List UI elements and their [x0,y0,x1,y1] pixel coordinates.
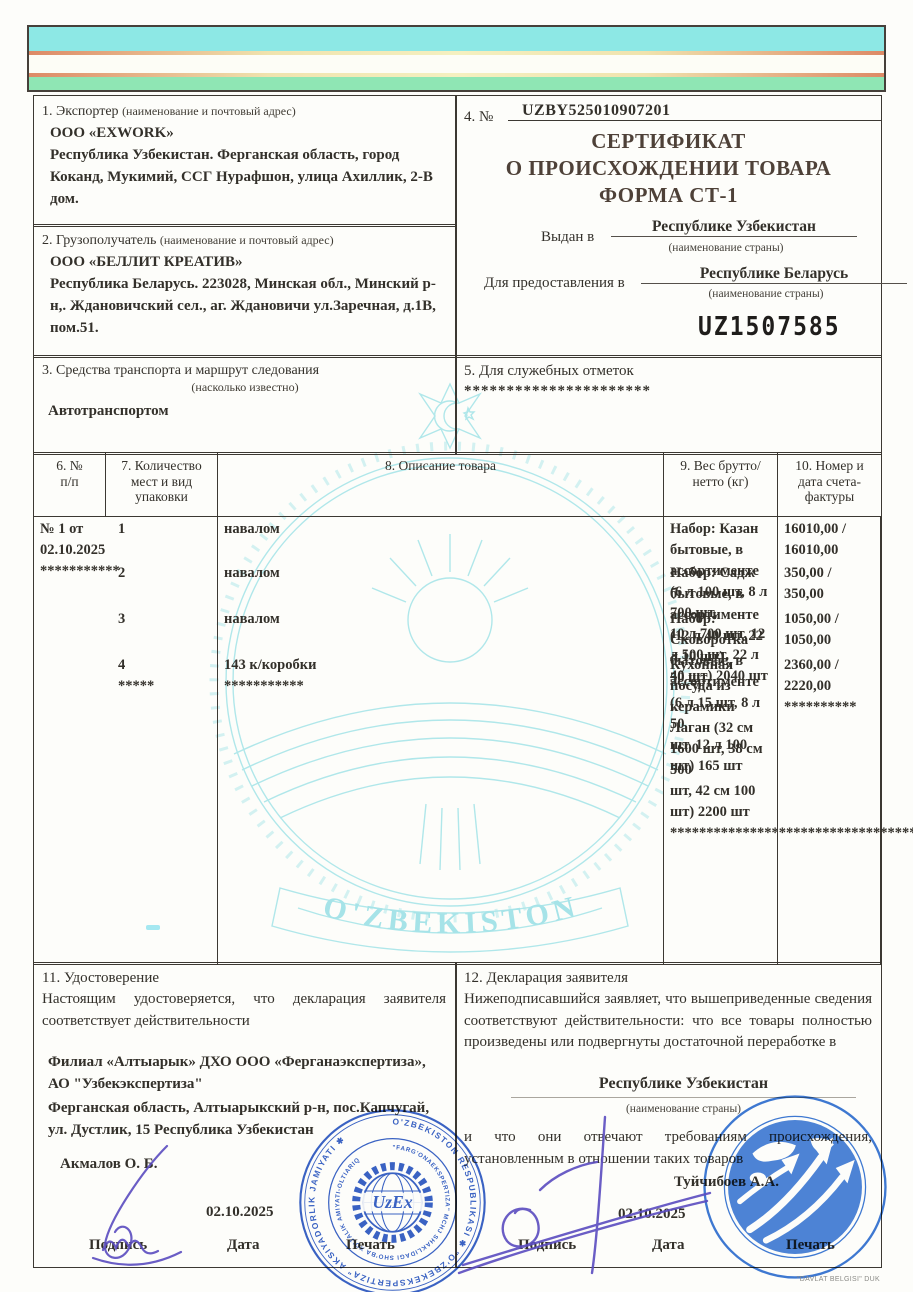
service-marks-value: ********************** [464,380,651,402]
certificate-title: СЕРТИФИКАТ О ПРОИСХОЖДЕНИИ ТОВАРА ФОРМА … [456,128,881,209]
table-header-num: 6. № п/п [34,453,106,517]
service-marks-box: 5. Для служебных отметок ***************… [455,355,882,455]
table-row-weight: 350,00 / 350,00 [778,561,881,607]
consignee-box: 2. Грузополучатель (наименование и почто… [33,224,457,358]
certificate-number-label: 4. № [464,108,493,126]
certificate-title-line1: СЕРТИФИКАТ [456,128,881,155]
table-row-weight: 2360,00 / 2220,00 ********** [778,653,881,731]
table-row-num: 1 [106,517,218,561]
table-row-description: Набор: Сковоротка бытовые, в ассортимент… [664,607,778,653]
certification-title: 11. Удостоверение [42,969,159,987]
table-row-packing: 143 к/коробки *********** [218,653,664,731]
declaration-body: Нижеподписавшийся заявляет, что вышеприв… [464,989,872,1054]
certification-signature [75,1142,210,1272]
scan-artifact [146,925,160,930]
uzex-stamp-center-text: UzEx [372,1192,413,1212]
declaration-signature [455,1115,717,1275]
printer-footnote: "DAVLAT BELGISI" DUK [797,1276,880,1283]
issued-in-label: Выдан в [541,228,594,246]
table-row-weight: 1050,00 / 1050,00 [778,607,881,653]
consignee-name: ООО «БЕЛЛИТ КРЕАТИВ» [50,251,446,273]
certificate-head-box: 4. № UZBY525010907201 СЕРТИФИКАТ О ПРОИС… [455,95,882,358]
exporter-title: 1. Экспортер (наименование и почтовый ад… [42,102,296,121]
certificate-title-line3: ФОРМА СТ-1 [456,182,881,209]
exporter-box: 1. Экспортер (наименование и почтовый ад… [33,95,457,227]
table-header-description: 8. Описание товара [218,453,664,517]
certificate-serial-number: UZ1507585 [698,312,841,341]
svg-text:O'ZBEKISTON RESPUBLIKASI FARG': O'ZBEKISTON RESPUBLIKASI FARG'ONA QO'QON… [700,1092,890,1094]
table-header-packing: 7. Количество мест и вид упаковки [106,453,218,517]
table-filler [664,731,778,964]
transport-title: 3. Средства транспорта и маршрут следова… [42,362,442,380]
certificate-page: O'ZBEKISTON 1. Экспортер (наименование и… [0,0,913,1292]
certificate-title-line2: О ПРОИСХОЖДЕНИИ ТОВАРА [456,155,881,182]
goods-table: 6. № п/п 7. Количество мест и вид упаков… [33,452,882,965]
exporter-address: Республика Узбекистан. Ферганская област… [50,144,450,210]
table-row-num: 2 [106,561,218,607]
flag-white-stripe [29,55,884,73]
exporter-title-text: 1. Экспортер [42,104,119,119]
issued-in-value: Республике Узбекистан [611,218,857,237]
table-filler [778,731,881,964]
consignee-title: 2. Грузополучатель (наименование и почто… [42,231,334,250]
certification-body: Настоящим удостоверяется, что декларация… [42,989,446,1032]
flag-green-stripe [29,77,884,90]
table-row-packing: навалом [218,561,664,607]
certification-date-value: 02.10.2025 [206,1201,274,1223]
exporter-subtitle: (наименование и почтовый адрес) [122,104,296,118]
table-row-num: 4 ***** [106,653,218,731]
transport-value: Автотранспортом [48,400,169,422]
exporter-name: ООО «EXWORK» [50,122,446,144]
service-marks-title: 5. Для служебных отметок [464,362,634,380]
table-row-description: Набор: Казан бытовые, в ассортименте (6 … [664,517,778,561]
consignee-address: Республика Беларусь. 223028, Минская обл… [50,273,450,339]
table-invoice-cell: № 1 от 02.10.2025 *********** [34,517,106,964]
certificate-number: UZBY525010907201 [508,102,882,121]
transport-box: 3. Средства транспорта и маршрут следова… [33,355,457,455]
table-header-invoice: 10. Номер и дата счета- фактуры [778,453,881,517]
table-filler [218,731,664,964]
exwork-stamp-ring-text: O'ZBEKISTON RESPUBLIKASI FARG'ONA QO'QON… [700,1092,890,1094]
issued-in-note: (наименование страны) [611,242,841,254]
date-label: Дата [227,1237,259,1254]
table-row-description: Кухонная посуда из керамики Лаган (32 см… [664,653,778,731]
presented-to-note: (наименование страны) [641,288,891,300]
consignee-title-text: 2. Грузополучатель [42,233,156,248]
certification-org-line1: Филиал «Алтыарык» ДХО ООО «Ферганаэкспер… [48,1051,448,1095]
exwork-round-stamp: O'ZBEKISTON RESPUBLIKASI FARG'ONA QO'QON… [700,1092,890,1282]
table-filler [106,731,218,964]
presented-to-label: Для предоставления в [484,274,625,292]
table-row-num: 3 [106,607,218,653]
table-row-weight: 16010,00 / 16010,00 [778,517,881,561]
table-row-description: Набор: Садж бытовые, в ассортименте (12 … [664,561,778,607]
presented-to-value: Республике Беларусь [641,265,907,284]
table-header-weight: 9. Вес брутто/ нетто (кг) [664,453,778,517]
table-row-packing: навалом [218,517,664,561]
consignee-subtitle: (наименование и почтовый адрес) [160,233,334,247]
transport-subtitle: (насколько известно) [34,380,456,395]
declaration-title: 12. Декларация заявителя [464,969,628,987]
uzbekistan-flag-banner [27,25,886,92]
flag-blue-stripe [29,27,884,51]
table-row-packing: навалом [218,607,664,653]
